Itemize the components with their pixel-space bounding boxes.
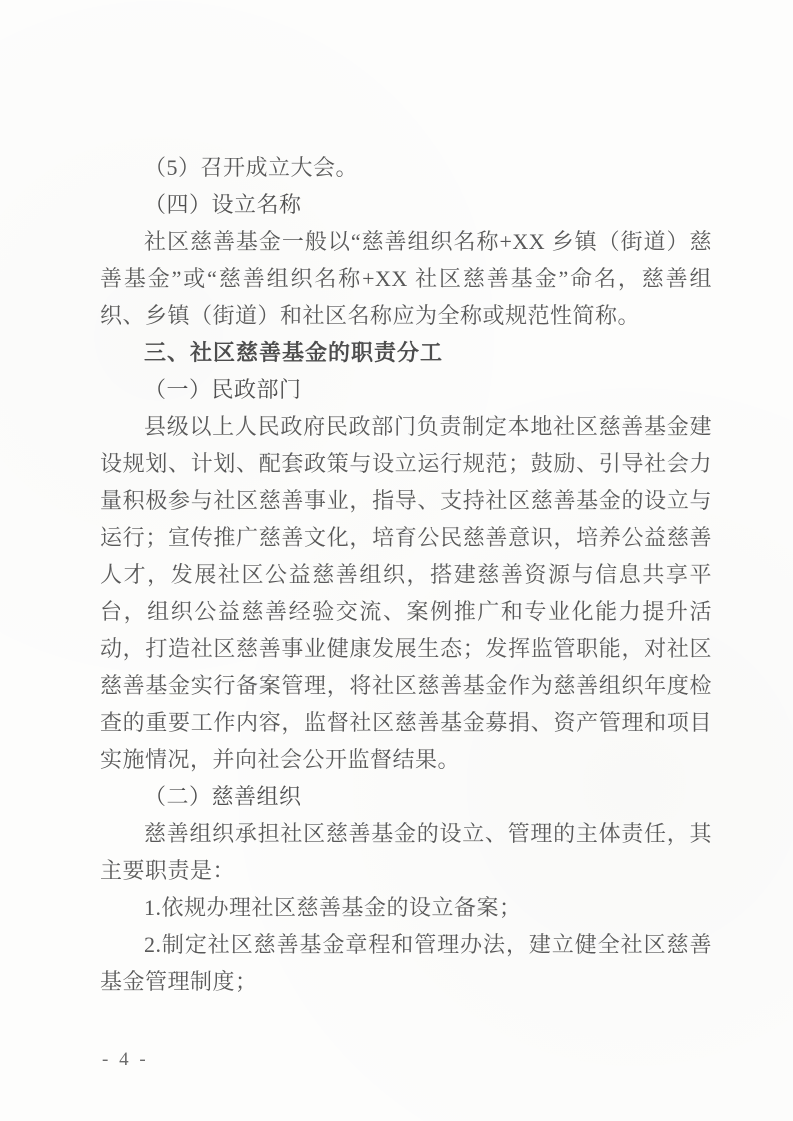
document-body: （5）召开成立大会。 （四）设立名称 社区慈善基金一般以“慈善组织名称+XX 乡… <box>100 149 712 1000</box>
page-number: - 4 - <box>102 1048 149 1072</box>
para-naming-convention: 社区慈善基金一般以“慈善组织名称+XX 乡镇（街道）慈善基金”或“慈善组织名称+… <box>100 223 712 334</box>
para-charity-org-responsibility: 慈善组织承担社区慈善基金的设立、管理的主体责任，其主要职责是： <box>100 815 712 889</box>
subheading-civil-affairs-department: （一）民政部门 <box>100 371 712 408</box>
para-civil-affairs-duties: 县级以上人民政府民政部门负责制定本地社区慈善基金建设规划、计划、配套政策与设立运… <box>100 408 712 778</box>
list-item-5-convene-founding-meeting: （5）召开成立大会。 <box>100 149 712 186</box>
list-item-1-filing-registration: 1.依规办理社区慈善基金的设立备案； <box>100 889 712 926</box>
document-page: （5）召开成立大会。 （四）设立名称 社区慈善基金一般以“慈善组织名称+XX 乡… <box>0 0 793 1121</box>
subheading-charity-organization: （二）慈善组织 <box>100 778 712 815</box>
subheading-setup-name: （四）设立名称 <box>100 186 712 223</box>
section-heading-duty-division: 三、社区慈善基金的职责分工 <box>100 334 712 371</box>
list-item-2-charter-management: 2.制定社区慈善基金章程和管理办法，建立健全社区慈善基金管理制度； <box>100 926 712 1000</box>
